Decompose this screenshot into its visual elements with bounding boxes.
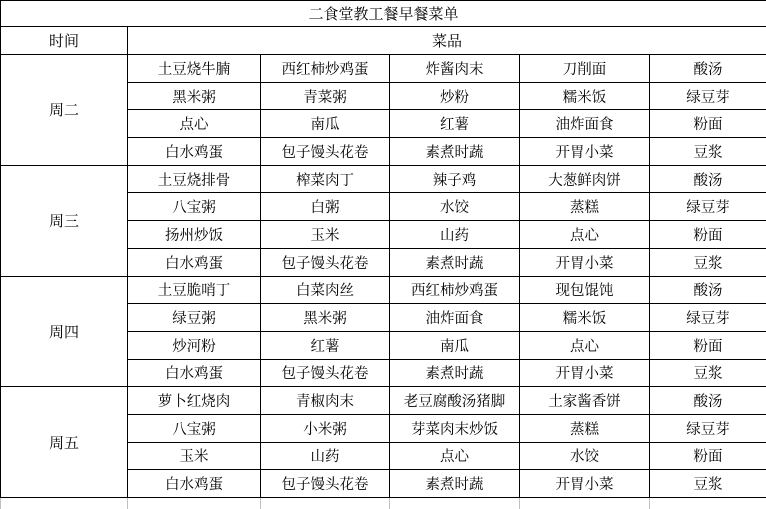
dish-cell: 白水鸡蛋	[128, 470, 261, 498]
dish-cell: 点心	[128, 110, 261, 138]
dish-cell: 土豆烧排骨	[128, 165, 261, 193]
dish-cell: 白粥	[261, 193, 390, 221]
table-row: 周四土豆脆哨丁白菜肉丝西红柿炒鸡蛋现包馄饨酸汤	[1, 276, 766, 304]
dish-cell: 豆浆	[650, 359, 766, 387]
dish-cell: 开胃小菜	[520, 470, 650, 498]
column-header-time: 时间	[1, 27, 128, 55]
dish-cell: 绿豆芽	[650, 304, 766, 332]
dish-cell: 白水鸡蛋	[128, 359, 261, 387]
dish-cell: 开胃小菜	[520, 138, 650, 166]
dish-cell: 水饺	[520, 442, 650, 470]
dish-cell: 素煮时蔬	[390, 359, 520, 387]
day-cell: 周二	[1, 55, 128, 166]
dish-cell: 南瓜	[390, 331, 520, 359]
dish-cell: 白水鸡蛋	[128, 138, 261, 166]
dish-cell: 青椒肉末	[261, 387, 390, 415]
dish-cell: 油炸面食	[390, 304, 520, 332]
dish-cell: 水饺	[390, 193, 520, 221]
dish-cell: 点心	[520, 331, 650, 359]
dish-cell: 油炸面食	[520, 110, 650, 138]
table-row: 周三土豆烧排骨榨菜肉丁辣子鸡大葱鲜肉饼酸汤	[1, 165, 766, 193]
dish-cell: 西红柿炒鸡蛋	[390, 276, 520, 304]
dish-cell: 芽菜肉末炒饭	[390, 414, 520, 442]
dish-cell: 素煮时蔬	[390, 138, 520, 166]
dish-cell: 萝卜红烧肉	[128, 387, 261, 415]
dish-cell: 蒸糕	[520, 414, 650, 442]
dish-cell: 黑米粥	[261, 304, 390, 332]
dish-cell: 青菜粥	[261, 82, 390, 110]
day-cell: 周五	[1, 387, 128, 498]
dish-cell: 包子馒头花卷	[261, 470, 390, 498]
table-row: 时间 菜品	[1, 27, 766, 55]
dish-cell: 小米粥	[261, 414, 390, 442]
dish-cell: 白菜肉丝	[261, 276, 390, 304]
dish-cell: 糯米饭	[520, 82, 650, 110]
dish-cell: 点心	[390, 442, 520, 470]
table-row: 周二土豆烧牛腩西红柿炒鸡蛋炸酱肉末刀削面酸汤	[1, 55, 766, 83]
dish-cell	[128, 498, 261, 509]
dish-cell: 山药	[261, 442, 390, 470]
dish-cell: 炒河粉	[128, 331, 261, 359]
dish-cell: 豆浆	[650, 248, 766, 276]
dish-cell: 八宝粥	[128, 193, 261, 221]
dish-cell: 绿豆芽	[650, 82, 766, 110]
dish-cell: 绿豆芽	[650, 193, 766, 221]
dish-cell: 开胃小菜	[520, 248, 650, 276]
dish-cell	[390, 498, 520, 509]
dish-cell: 玉米	[261, 221, 390, 249]
dish-cell	[520, 498, 650, 509]
dish-cell: 酸汤	[650, 165, 766, 193]
dish-cell: 糯米饭	[520, 304, 650, 332]
dish-cell: 蒸糕	[520, 193, 650, 221]
dish-cell: 土豆烧牛腩	[128, 55, 261, 83]
column-header-dishes: 菜品	[128, 27, 766, 55]
table-row: 二食堂教工餐早餐菜单	[1, 1, 766, 27]
breakfast-menu-table: 二食堂教工餐早餐菜单 时间 菜品 周二土豆烧牛腩西红柿炒鸡蛋炸酱肉末刀削面酸汤黑…	[0, 0, 766, 509]
dish-cell: 炸酱肉末	[390, 55, 520, 83]
dish-cell: 红薯	[390, 110, 520, 138]
dish-cell: 包子馒头花卷	[261, 359, 390, 387]
dish-cell: 西红柿炒鸡蛋	[261, 55, 390, 83]
dish-cell: 酸汤	[650, 387, 766, 415]
dish-cell: 老豆腐酸汤猪脚	[390, 387, 520, 415]
dish-cell: 酸汤	[650, 276, 766, 304]
dish-cell: 土豆脆哨丁	[128, 276, 261, 304]
day-cell	[1, 498, 128, 509]
dish-cell: 白水鸡蛋	[128, 248, 261, 276]
dish-cell: 酸汤	[650, 55, 766, 83]
dish-cell	[261, 498, 390, 509]
dish-cell	[650, 498, 766, 509]
day-cell: 周三	[1, 165, 128, 276]
table-row-partial	[1, 498, 766, 509]
dish-cell: 粉面	[650, 442, 766, 470]
dish-cell: 大葱鲜肉饼	[520, 165, 650, 193]
dish-cell: 绿豆芽	[650, 414, 766, 442]
dish-cell: 绿豆粥	[128, 304, 261, 332]
dish-cell: 黑米粥	[128, 82, 261, 110]
dish-cell: 刀削面	[520, 55, 650, 83]
dish-cell: 开胃小菜	[520, 359, 650, 387]
dish-cell: 八宝粥	[128, 414, 261, 442]
dish-cell: 辣子鸡	[390, 165, 520, 193]
dish-cell: 粉面	[650, 221, 766, 249]
dish-cell: 包子馒头花卷	[261, 138, 390, 166]
menu-page: { "title": "二食堂教工餐早餐菜单", "header": { "ti…	[0, 0, 766, 509]
dish-cell: 点心	[520, 221, 650, 249]
dish-cell: 榨菜肉丁	[261, 165, 390, 193]
dish-cell: 包子馒头花卷	[261, 248, 390, 276]
dish-cell: 豆浆	[650, 138, 766, 166]
dish-cell: 南瓜	[261, 110, 390, 138]
dish-cell: 豆浆	[650, 470, 766, 498]
dish-cell: 玉米	[128, 442, 261, 470]
dish-cell: 山药	[390, 221, 520, 249]
day-cell: 周四	[1, 276, 128, 387]
dish-cell: 素煮时蔬	[390, 248, 520, 276]
dish-cell: 素煮时蔬	[390, 470, 520, 498]
dish-cell: 粉面	[650, 110, 766, 138]
page-title: 二食堂教工餐早餐菜单	[1, 1, 766, 27]
dish-cell: 扬州炒饭	[128, 221, 261, 249]
dish-cell: 现包馄饨	[520, 276, 650, 304]
dish-cell: 炒粉	[390, 82, 520, 110]
dish-cell: 红薯	[261, 331, 390, 359]
dish-cell: 土家酱香饼	[520, 387, 650, 415]
dish-cell: 粉面	[650, 331, 766, 359]
table-row: 周五萝卜红烧肉青椒肉末老豆腐酸汤猪脚土家酱香饼酸汤	[1, 387, 766, 415]
